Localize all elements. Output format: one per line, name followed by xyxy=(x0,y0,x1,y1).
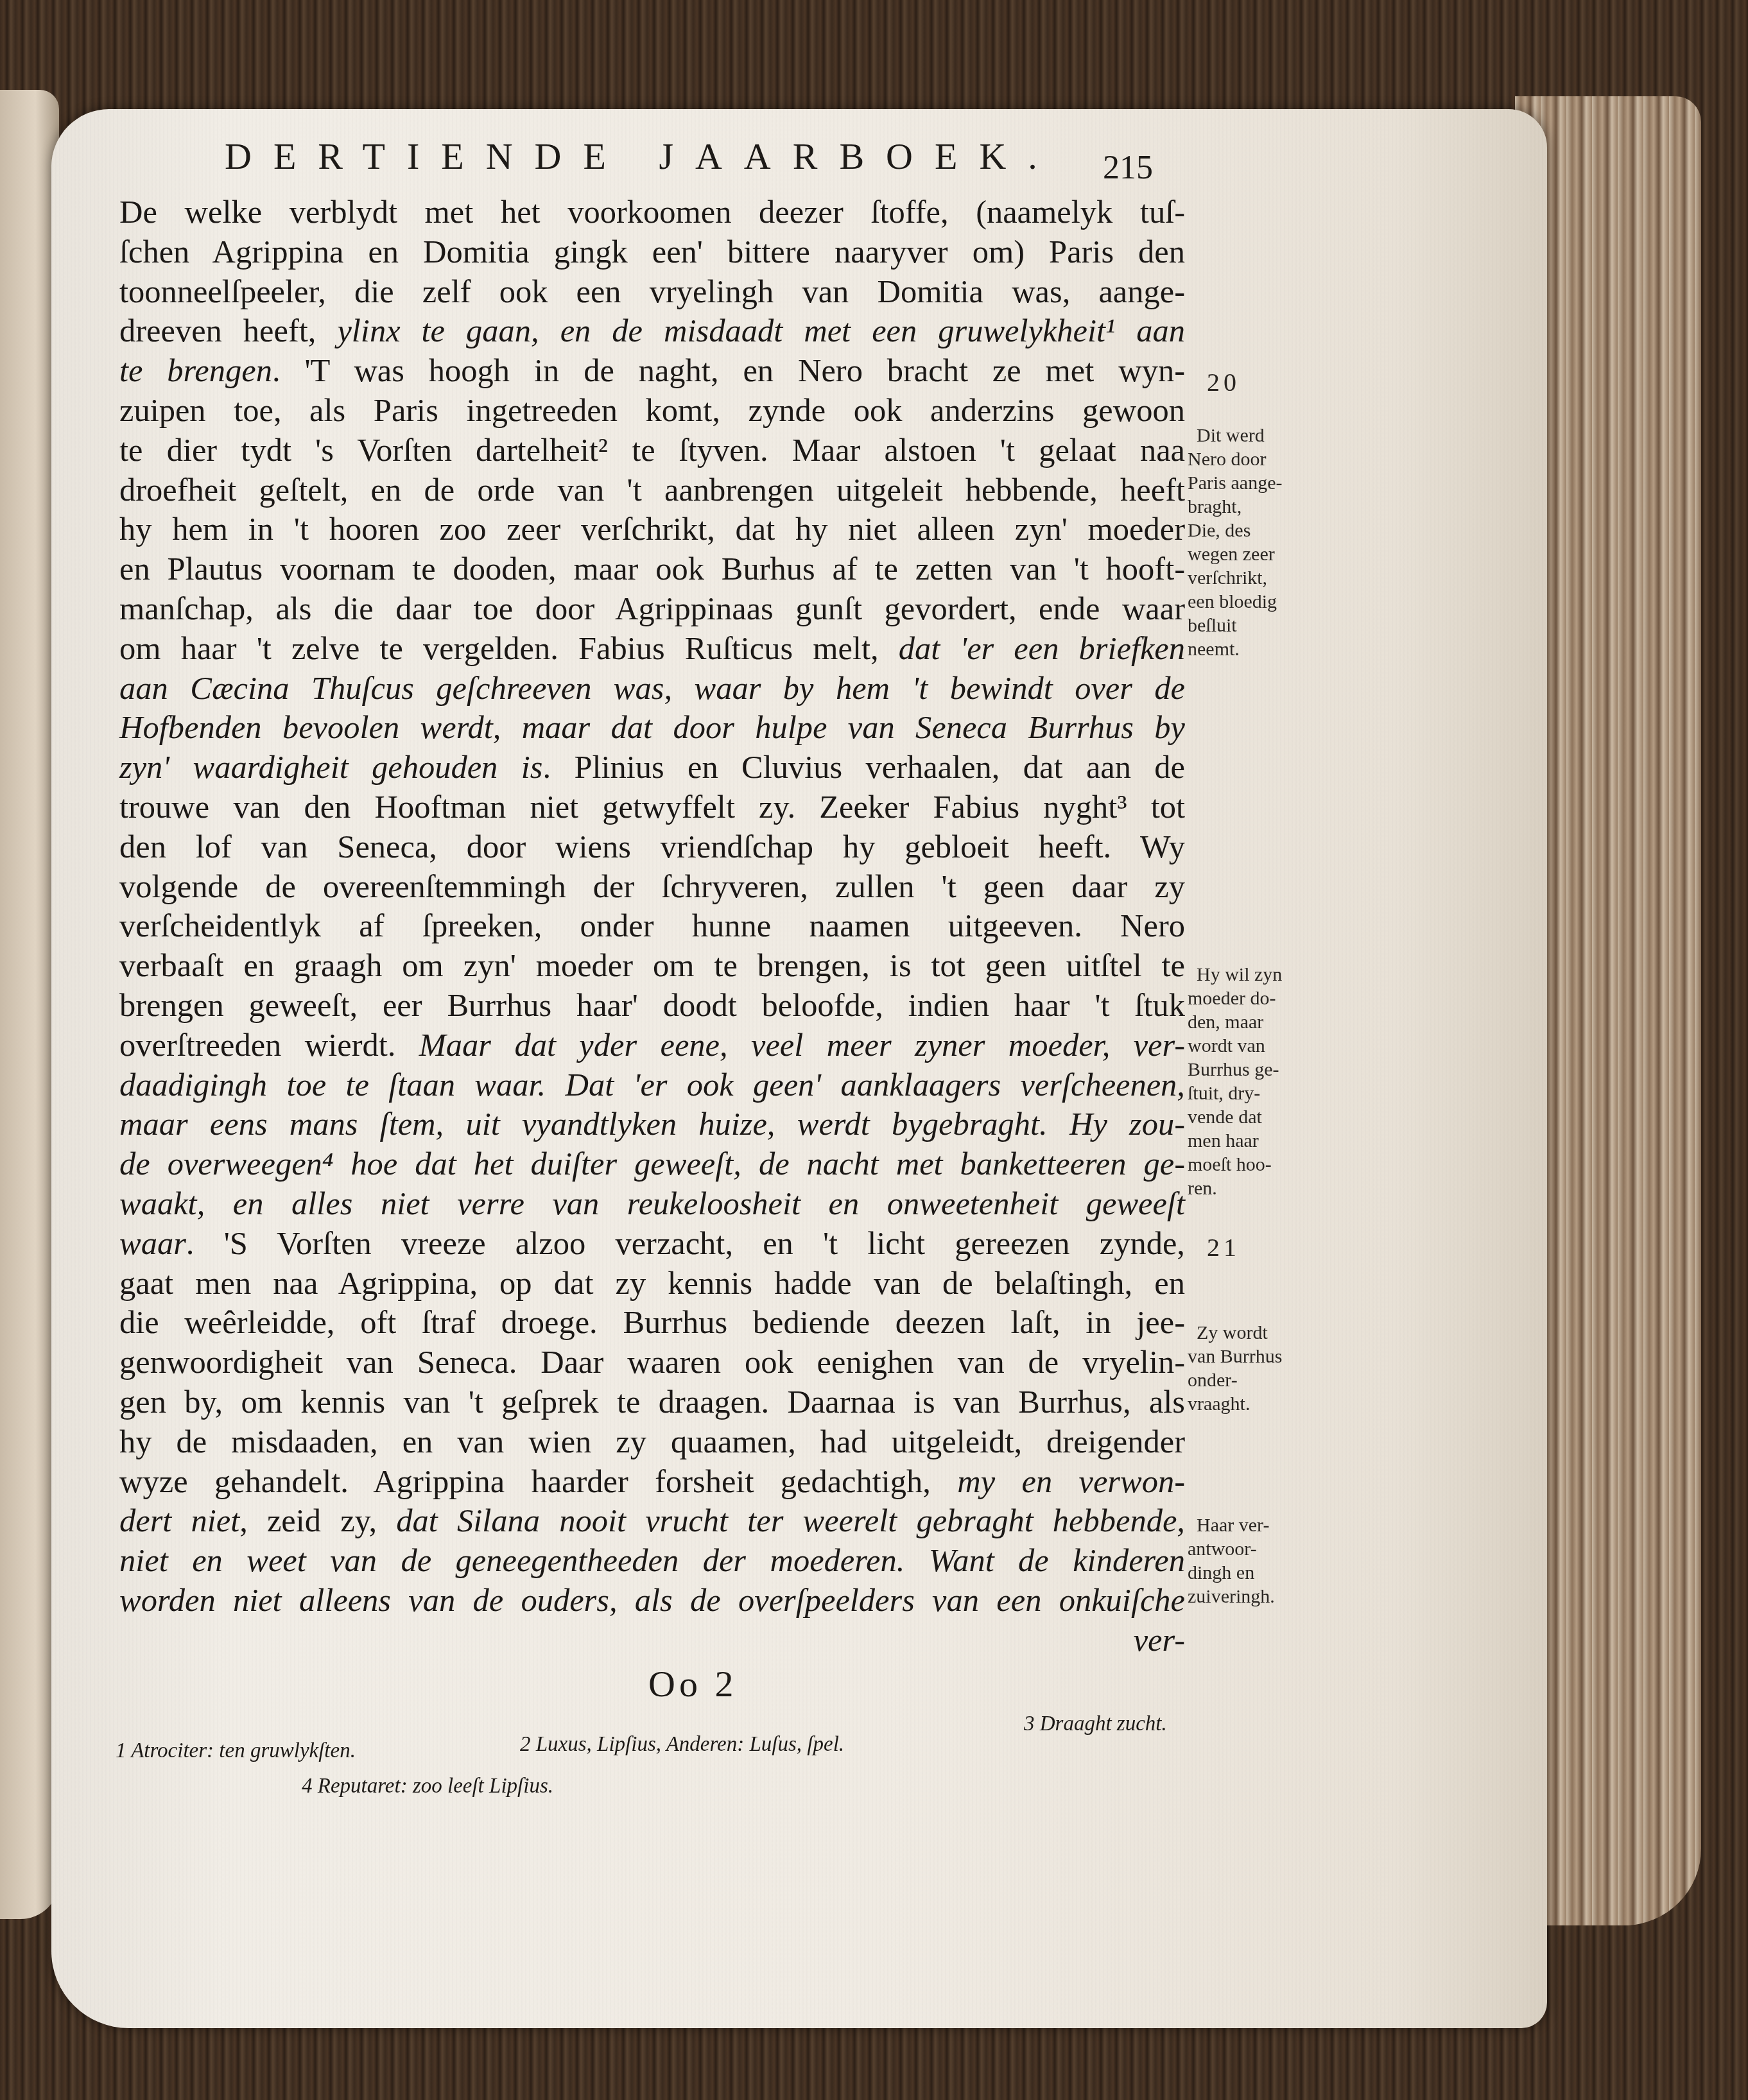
roman-segment: De welke verblydt met het voorkoomen dee… xyxy=(119,194,1185,230)
text-line: te brengen. 'T was hoogh in de naght, en… xyxy=(119,351,1185,391)
roman-segment: genwoordigheit van Seneca. Daar waaren o… xyxy=(119,1344,1185,1380)
text-line: de overweegen⁴ hoe dat het duiſter gewee… xyxy=(119,1144,1185,1184)
italic-segment: worden niet alleens van de ouders, als d… xyxy=(119,1582,1185,1618)
margin-note-line: wordt van xyxy=(1188,1034,1316,1058)
margin-note-line: neemt. xyxy=(1188,637,1316,661)
roman-segment: . 'S Vorſten vreeze alzoo verzacht, en '… xyxy=(186,1225,1185,1261)
margin-note-line: ren. xyxy=(1188,1176,1316,1200)
italic-segment: zyn' waardigheit gehouden is xyxy=(119,749,542,785)
italic-segment: de overweegen⁴ hoe dat het duiſter gewee… xyxy=(119,1146,1185,1182)
text-line: verſcheidentlyk af ſpreeken, onder hunne… xyxy=(119,906,1185,946)
margin-note-line: onder- xyxy=(1188,1368,1316,1392)
text-line: overſtreeden wierdt. Maar dat yder eene,… xyxy=(119,1026,1185,1065)
roman-segment: ſchen Agrippina en Domitia gingk een' bi… xyxy=(119,234,1185,270)
text-line: ver- xyxy=(119,1621,1185,1660)
roman-segment: gen by, om kennis van 't geſprek te draa… xyxy=(119,1384,1185,1420)
margin-note-line: Hy wil zyn xyxy=(1188,963,1316,986)
roman-segment: om haar 't zelve te vergelden. Fabius Ru… xyxy=(119,630,899,666)
roman-segment: den lof van Seneca, door wiens vriendſch… xyxy=(119,829,1185,865)
footnote: 1 Atrociter: ten gruwlykſten. xyxy=(116,1739,356,1763)
margin-note-line: antwoor- xyxy=(1188,1537,1316,1561)
text-line: genwoordigheit van Seneca. Daar waaren o… xyxy=(119,1343,1185,1382)
margin-note-line: Dit werd xyxy=(1188,424,1316,447)
section-number: 20 xyxy=(1207,367,1240,397)
roman-segment: trouwe van den Hooftman niet getwyffelt … xyxy=(119,789,1185,825)
text-line: volgende de overeenſtemmingh der ſchryve… xyxy=(119,867,1185,907)
text-line: den lof van Seneca, door wiens vriendſch… xyxy=(119,827,1185,867)
italic-segment: waakt, en alles niet verre van reukeloos… xyxy=(119,1185,1185,1221)
margin-note: Haar ver-antwoor-dingh enzuiveringh. xyxy=(1188,1513,1316,1608)
margin-note-line: Nero door xyxy=(1188,447,1316,471)
text-line: verbaaſt en graagh om zyn' moeder om te … xyxy=(119,946,1185,986)
italic-segment: dert niet xyxy=(119,1502,239,1538)
margin-note: Zy wordtvan Burrhusonder-vraaght. xyxy=(1188,1321,1316,1416)
text-line: toonneelſpeeler, die zelf ook een vryeli… xyxy=(119,272,1185,312)
page-number: 215 xyxy=(1103,149,1153,187)
roman-segment: brengen geweeſt, eer Burrhus haar' doodt… xyxy=(119,987,1185,1023)
text-line: trouwe van den Hooftman niet getwyffelt … xyxy=(119,787,1185,827)
italic-segment: waar xyxy=(119,1225,186,1261)
text-line: worden niet alleens van de ouders, als d… xyxy=(119,1581,1185,1621)
margin-note: Hy wil zynmoeder do-den, maarwordt vanBu… xyxy=(1188,963,1316,1200)
italic-segment: my en verwon- xyxy=(957,1463,1185,1499)
roman-segment: . Plinius en Cluvius verhaalen, dat aan … xyxy=(542,749,1185,785)
main-text-block: De welke verblydt met het voorkoomen dee… xyxy=(119,193,1185,1660)
text-line: maar eens mans ſtem, uit vyandtlyken hui… xyxy=(119,1105,1185,1144)
text-line: daadigingh toe te ſtaan waar. Dat 'er oo… xyxy=(119,1065,1185,1105)
margin-note-line: vende dat xyxy=(1188,1105,1316,1129)
margin-note-line: beſluit xyxy=(1188,614,1316,637)
text-line: hy de misdaaden, en van wien zy quaamen,… xyxy=(119,1422,1185,1462)
margin-note-line: verſchrikt, xyxy=(1188,566,1316,590)
italic-segment: Hofbenden bevoolen werdt, maar dat door … xyxy=(119,709,1185,745)
text-line: waakt, en alles niet verre van reukeloos… xyxy=(119,1184,1185,1224)
text-line: zyn' waardigheit gehouden is. Plinius en… xyxy=(119,748,1185,787)
italic-segment: niet en weet van de geneegentheeden der … xyxy=(119,1542,1185,1578)
margin-note-line: wegen zeer xyxy=(1188,542,1316,566)
roman-segment: hy de misdaaden, en van wien zy quaamen,… xyxy=(119,1424,1185,1459)
text-line: te dier tydt 's Vorſten dartelheit² te ſ… xyxy=(119,431,1185,470)
margin-note: Dit werdNero doorParis aange-braght,Die,… xyxy=(1188,424,1316,661)
roman-segment: . 'T was hoogh in de naght, en Nero brac… xyxy=(272,352,1185,388)
footnote: 4 Reputaret: zoo leeſt Lipſius. xyxy=(302,1775,553,1798)
roman-segment: wyze gehandelt. Agrippina haarder forshe… xyxy=(119,1463,957,1499)
italic-segment: dat Silana nooit vrucht ter weerelt gebr… xyxy=(396,1502,1185,1538)
text-line: gaat men naa Agrippina, op dat zy kennis… xyxy=(119,1264,1185,1304)
italic-segment: ylinx te gaan, en de misdaadt met een gr… xyxy=(337,313,1185,349)
margin-note-line: vraaght. xyxy=(1188,1392,1316,1416)
text-line: droefheit geſtelt, en de orde van 't aan… xyxy=(119,470,1185,510)
roman-segment: toonneelſpeeler, die zelf ook een vryeli… xyxy=(119,273,1185,309)
italic-segment: Maar dat yder eene, veel meer zyner moed… xyxy=(419,1027,1185,1063)
margin-note-line: Zy wordt xyxy=(1188,1321,1316,1345)
text-line: ſchen Agrippina en Domitia gingk een' bi… xyxy=(119,232,1185,272)
text-line: zuipen toe, als Paris ingetreeden komt, … xyxy=(119,391,1185,431)
text-line: gen by, om kennis van 't geſprek te draa… xyxy=(119,1382,1185,1422)
margin-note-line: ſtuit, dry- xyxy=(1188,1081,1316,1105)
roman-segment: en Plautus voornam te dooden, maar ook B… xyxy=(119,551,1185,587)
roman-segment: gaat men naa Agrippina, op dat zy kennis… xyxy=(119,1265,1185,1301)
text-line: De welke verblydt met het voorkoomen dee… xyxy=(119,193,1185,232)
text-line: hy hem in 't hooren zoo zeer verſchrikt,… xyxy=(119,510,1185,549)
text-line: en Plautus voornam te dooden, maar ook B… xyxy=(119,549,1185,589)
roman-segment: droefheit geſtelt, en de orde van 't aan… xyxy=(119,472,1185,508)
margin-note-line: dingh en xyxy=(1188,1561,1316,1585)
text-line: brengen geweeſt, eer Burrhus haar' doodt… xyxy=(119,986,1185,1026)
roman-segment: hy hem in 't hooren zoo zeer verſchrikt,… xyxy=(119,511,1185,547)
roman-segment: volgende de overeenſtemmingh der ſchryve… xyxy=(119,868,1185,904)
italic-segment: ver- xyxy=(1134,1622,1185,1658)
text-line: aan Cæcina Thuſcus geſchreeven was, waar… xyxy=(119,669,1185,709)
roman-segment: overſtreeden wierdt. xyxy=(119,1027,419,1063)
margin-note-line: moeſt hoo- xyxy=(1188,1153,1316,1176)
roman-segment: manſchap, als die daar toe door Agrippin… xyxy=(119,590,1185,626)
roman-segment: te dier tydt 's Vorſten dartelheit² te ſ… xyxy=(119,432,1185,468)
margin-note-line: men haar xyxy=(1188,1129,1316,1153)
section-number: 21 xyxy=(1207,1232,1240,1262)
text-line: dreeven heeft, ylinx te gaan, en de misd… xyxy=(119,311,1185,351)
footnote: 3 Draaght zucht. xyxy=(1024,1712,1167,1736)
text-line: waar. 'S Vorſten vreeze alzoo verzacht, … xyxy=(119,1224,1185,1264)
text-line: Hofbenden bevoolen werdt, maar dat door … xyxy=(119,708,1185,748)
running-head: DERTIENDE JAARBOEK. xyxy=(225,135,1188,178)
facing-page-edge xyxy=(0,90,59,1919)
roman-segment: dreeven heeft, xyxy=(119,313,337,349)
signature-mark: Oo 2 xyxy=(648,1662,737,1705)
italic-segment: maar eens mans ſtem, uit vyandtlyken hui… xyxy=(119,1106,1185,1142)
roman-segment: verbaaſt en graagh om zyn' moeder om te … xyxy=(119,947,1185,983)
margin-note-line: den, maar xyxy=(1188,1010,1316,1034)
margin-note-line: een bloedig xyxy=(1188,590,1316,614)
text-line: niet en weet van de geneegentheeden der … xyxy=(119,1541,1185,1581)
text-line: die weêrleidde, oft ſtraf droege. Burrhu… xyxy=(119,1303,1185,1343)
footnote: 2 Luxus, Lipſius, Anderen: Luſus, ſpel. xyxy=(520,1733,844,1757)
roman-segment: , zeid zy, xyxy=(239,1502,396,1538)
text-line: dert niet, zeid zy, dat Silana nooit vru… xyxy=(119,1501,1185,1541)
margin-note-line: Die, des xyxy=(1188,519,1316,542)
margin-note-line: van Burrhus xyxy=(1188,1345,1316,1368)
italic-segment: te brengen xyxy=(119,352,272,388)
text-line: wyze gehandelt. Agrippina haarder forshe… xyxy=(119,1462,1185,1502)
margin-note-line: braght, xyxy=(1188,495,1316,519)
margin-note-line: zuiveringh. xyxy=(1188,1585,1316,1608)
italic-segment: daadigingh toe te ſtaan waar. Dat 'er oo… xyxy=(119,1067,1185,1103)
italic-segment: dat 'er een briefken xyxy=(899,630,1185,666)
margin-note-line: Burrhus ge- xyxy=(1188,1058,1316,1081)
italic-segment: aan Cæcina Thuſcus geſchreeven was, waar… xyxy=(119,670,1185,706)
roman-segment: zuipen toe, als Paris ingetreeden komt, … xyxy=(119,392,1185,428)
text-line: om haar 't zelve te vergelden. Fabius Ru… xyxy=(119,629,1185,669)
margin-note-line: moeder do- xyxy=(1188,986,1316,1010)
margin-note-line: Haar ver- xyxy=(1188,1513,1316,1537)
roman-segment: die weêrleidde, oft ſtraf droege. Burrhu… xyxy=(119,1304,1185,1340)
roman-segment: verſcheidentlyk af ſpreeken, onder hunne… xyxy=(119,908,1185,943)
margin-note-line: Paris aange- xyxy=(1188,471,1316,495)
text-line: manſchap, als die daar toe door Agrippin… xyxy=(119,589,1185,629)
